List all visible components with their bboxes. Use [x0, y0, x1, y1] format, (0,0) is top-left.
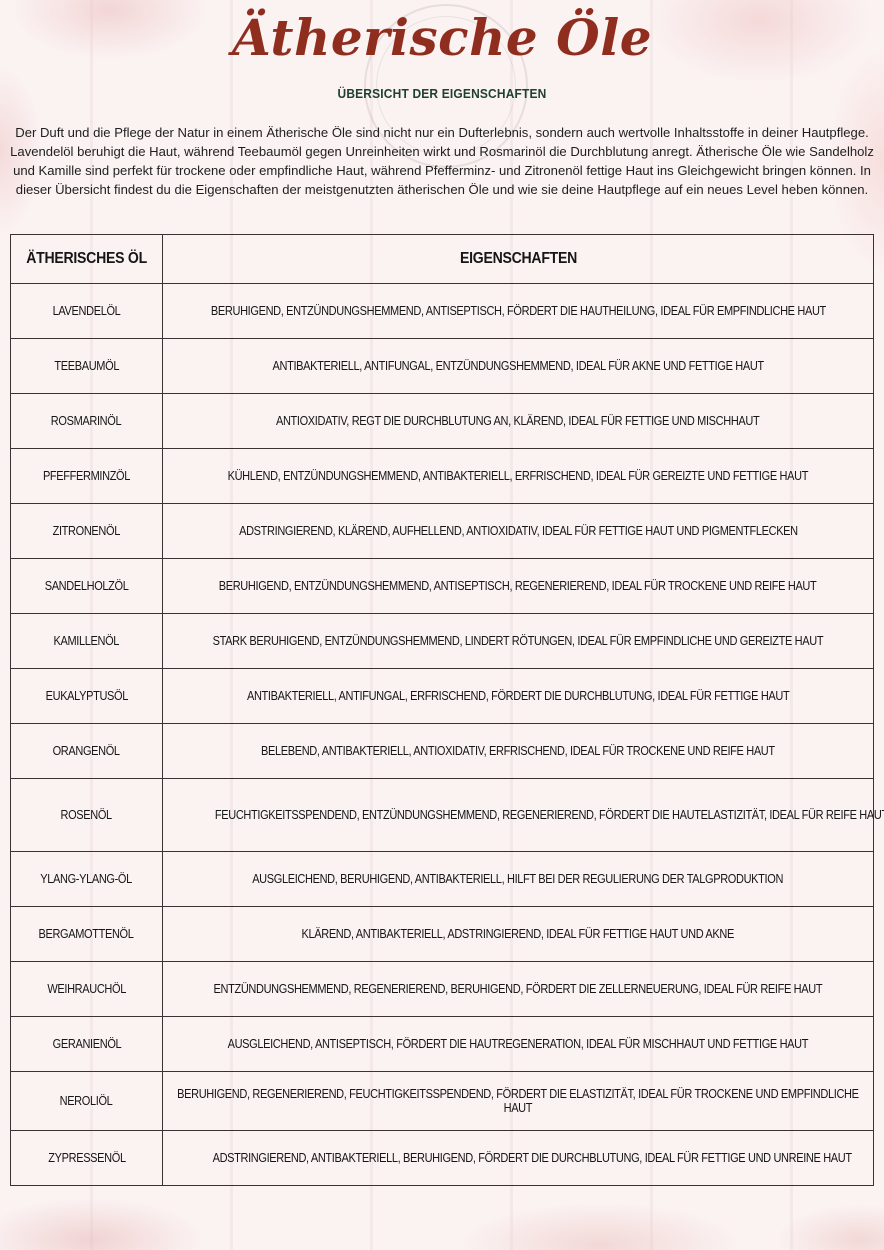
oil-properties-cell: FEUCHTIGKEITSSPENDEND, ENTZÜNDUNGSHEMMEN… [163, 779, 874, 852]
table-row: WEIHRAUCHÖLENTZÜNDUNGSHEMMEND, REGENERIE… [11, 962, 874, 1017]
oil-name-cell: NEROLIÖL [11, 1072, 163, 1131]
table-row: ZYPRESSENÖLADSTRINGIEREND, ANTIBAKTERIEL… [11, 1131, 874, 1186]
table-row: YLANG-YLANG-ÖLAUSGLEICHEND, BERUHIGEND, … [11, 852, 874, 907]
oil-properties-cell: ANTIBAKTERIELL, ANTIFUNGAL, ENTZÜNDUNGSH… [163, 339, 874, 394]
oil-name-cell: GERANIENÖL [11, 1017, 163, 1072]
oil-name-cell: WEIHRAUCHÖL [11, 962, 163, 1017]
page-title: Ätherische Öle [0, 8, 884, 67]
oil-name-cell: ROSMARINÖL [11, 394, 163, 449]
oil-name-cell: KAMILLENÖL [11, 614, 163, 669]
table-row: ORANGENÖLBELEBEND, ANTIBAKTERIELL, ANTIO… [11, 724, 874, 779]
oil-name-cell: ZITRONENÖL [11, 504, 163, 559]
oil-name-cell: ROSENÖL [11, 779, 163, 852]
oil-properties-cell: AUSGLEICHEND, BERUHIGEND, ANTIBAKTERIELL… [163, 852, 874, 907]
table-header-row: ÄTHERISCHES ÖL EIGENSCHAFTEN [11, 235, 874, 284]
oil-properties-cell: BERUHIGEND, ENTZÜNDUNGSHEMMEND, ANTISEPT… [163, 559, 874, 614]
table-row: KAMILLENÖLSTARK BERUHIGEND, ENTZÜNDUNGSH… [11, 614, 874, 669]
oil-name-cell: TEEBAUMÖL [11, 339, 163, 394]
oil-properties-cell: BERUHIGEND, REGENERIEREND, FEUCHTIGKEITS… [163, 1072, 874, 1131]
table-row: SANDELHOLZÖLBERUHIGEND, ENTZÜNDUNGSHEMME… [11, 559, 874, 614]
oil-name-cell: ZYPRESSENÖL [11, 1131, 163, 1186]
table-row: EUKALYPTUSÖLANTIBAKTERIELL, ANTIFUNGAL, … [11, 669, 874, 724]
header-properties: EIGENSCHAFTEN [163, 235, 874, 284]
table-row: PFEFFERMINZÖLKÜHLEND, ENTZÜNDUNGSHEMMEND… [11, 449, 874, 504]
oil-name-cell: YLANG-YLANG-ÖL [11, 852, 163, 907]
oil-properties-cell: ADSTRINGIEREND, KLÄREND, AUFHELLEND, ANT… [163, 504, 874, 559]
oil-properties-cell: BERUHIGEND, ENTZÜNDUNGSHEMMEND, ANTISEPT… [163, 284, 874, 339]
oil-name-cell: EUKALYPTUSÖL [11, 669, 163, 724]
table-row: ROSMARINÖLANTIOXIDATIV, REGT DIE DURCHBL… [11, 394, 874, 449]
oil-properties-cell: STARK BERUHIGEND, ENTZÜNDUNGSHEMMEND, LI… [163, 614, 874, 669]
table-row: ROSENÖLFEUCHTIGKEITSSPENDEND, ENTZÜNDUNG… [11, 779, 874, 852]
intro-paragraph: Der Duft und die Pflege der Natur in ein… [10, 123, 874, 199]
oil-name-cell: BERGAMOTTENÖL [11, 907, 163, 962]
header-oil: ÄTHERISCHES ÖL [11, 235, 163, 284]
oil-name-cell: SANDELHOLZÖL [11, 559, 163, 614]
oil-properties-cell: ANTIOXIDATIV, REGT DIE DURCHBLUTUNG AN, … [163, 394, 874, 449]
table-row: ZITRONENÖLADSTRINGIEREND, KLÄREND, AUFHE… [11, 504, 874, 559]
oils-table: ÄTHERISCHES ÖL EIGENSCHAFTEN LAVENDELÖLB… [10, 234, 874, 1186]
oil-name-cell: ORANGENÖL [11, 724, 163, 779]
oil-properties-cell: ANTIBAKTERIELL, ANTIFUNGAL, ERFRISCHEND,… [163, 669, 874, 724]
oil-properties-cell: KLÄREND, ANTIBAKTERIELL, ADSTRINGIEREND,… [163, 907, 874, 962]
table-row: BERGAMOTTENÖLKLÄREND, ANTIBAKTERIELL, AD… [11, 907, 874, 962]
table-row: TEEBAUMÖLANTIBAKTERIELL, ANTIFUNGAL, ENT… [11, 339, 874, 394]
oil-name-cell: LAVENDELÖL [11, 284, 163, 339]
table-row: NEROLIÖLBERUHIGEND, REGENERIEREND, FEUCH… [11, 1072, 874, 1131]
oil-properties-cell: KÜHLEND, ENTZÜNDUNGSHEMMEND, ANTIBAKTERI… [163, 449, 874, 504]
table-row: GERANIENÖLAUSGLEICHEND, ANTISEPTISCH, FÖ… [11, 1017, 874, 1072]
oil-name-cell: PFEFFERMINZÖL [11, 449, 163, 504]
oil-properties-cell: BELEBEND, ANTIBAKTERIELL, ANTIOXIDATIV, … [163, 724, 874, 779]
oil-properties-cell: AUSGLEICHEND, ANTISEPTISCH, FÖRDERT DIE … [163, 1017, 874, 1072]
page-subtitle: ÜBERSICHT DER EIGENSCHAFTEN [35, 86, 848, 101]
oil-properties-cell: ENTZÜNDUNGSHEMMEND, REGENERIEREND, BERUH… [163, 962, 874, 1017]
table-row: LAVENDELÖLBERUHIGEND, ENTZÜNDUNGSHEMMEND… [11, 284, 874, 339]
oil-properties-cell: ADSTRINGIEREND, ANTIBAKTERIELL, BERUHIGE… [163, 1131, 874, 1186]
